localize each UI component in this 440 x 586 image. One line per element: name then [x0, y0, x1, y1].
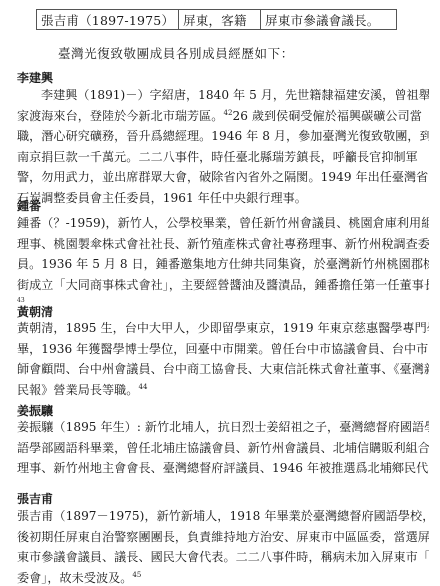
text-line: 警，勿用武力，並出席群眾大會，破除省內省外之隔閡。1949 年出任臺灣省: [17, 167, 429, 188]
text-line: 理事、桃園製傘株式會社社長、新竹殖產株式會社專務理事、新竹州稅調查委: [17, 234, 429, 255]
text-fragment: 26 歲到侯硐受僱於福興碳礦公司當: [232, 109, 421, 123]
text-fragment: 民報》營業局長等職。: [17, 383, 138, 397]
section-heading-zhong-fan: 鍾番: [17, 197, 41, 214]
text-line: 街成立「大同商事株式會社」，主要經營醬油及醬漬品，鍾番擔任第一任董事長。: [17, 275, 429, 296]
footnote-marker[interactable]: 45: [132, 571, 141, 579]
text-fragment: 委會」，故未受波及。: [17, 571, 132, 585]
text-line: 姜振驤（1895 年生）: 新竹北埔人，抗日烈士姜紹祖之子，臺灣總督府國語學校: [17, 417, 429, 438]
text-line: 李建興（1891)－）字紹唐，1840 年 5 月，先世籍隸福建安溪，曾祖舉: [17, 85, 429, 106]
member-origin-cell: 屏東，客籍: [179, 10, 261, 30]
section-body-jiang-zhenxiang: 姜振驤（1895 年生）: 新竹北埔人，抗日烈士姜紹祖之子，臺灣總督府國語學校 …: [17, 417, 429, 479]
section-body-zhang-jifu: 張吉甫（1897－1975)，新竹新埔人，1918 年畢業於臺灣總督府國語學校，…: [17, 506, 429, 586]
text-line: 委會」，故未受波及。45: [17, 568, 429, 586]
member-summary-table: 張吉甫（1897-1975） 屏東，客籍 屏東市參議會議長。: [36, 9, 397, 30]
member-name-cell: 張吉甫（1897-1975）: [37, 10, 179, 30]
table-row: 張吉甫（1897-1975） 屏東，客籍 屏東市參議會議長。: [37, 10, 397, 30]
text-line: 理事、新竹州地主會會長、臺灣總督府評議員、1946 年被推選爲北埔鄉民代表。: [17, 458, 429, 479]
text-line: 石炭調整委員會主任委員，1961 年任中央銀行理事。: [17, 188, 429, 209]
text-line: 師會顧問、台中州會議員、台中商工協會長、大東信託株式會社董事、《臺灣新: [17, 359, 429, 380]
text-line: 鍾番（？-1959)，新竹人，公學校畢業，曾任新竹州會議員、桃園倉庫利用組合: [17, 213, 429, 234]
section-body-zhong-fan: 鍾番（？-1959)，新竹人，公學校畢業，曾任新竹州會議員、桃園倉庫利用組合 理…: [17, 213, 429, 307]
text-fragment: 家渡海來台，登陸於今新北市瑞芳區。: [17, 109, 223, 123]
text-line: 家渡海來台，登陸於今新北市瑞芳區。4226 歲到侯硐受僱於福興碳礦公司當: [17, 106, 429, 127]
text-line: 後初期任屏東自治警察團團長，負責維持地方治安、屏東市中區區委，當選屏: [17, 527, 429, 548]
text-line: 畢，1936 年獲醫學博士學位，回臺中市開業。曾任台中市協議會員、台中市醫: [17, 339, 429, 360]
intro-paragraph: 臺灣光復致敬團成員各別成員經歷如下：: [58, 44, 294, 62]
text-line: 員。1936 年 5 月 8 日，鍾番邀集地方仕紳共同集資，於臺灣新竹州桃園郡桃…: [17, 254, 429, 275]
section-body-huang-chaoqing: 黃朝清，1895 生，台中大甲人，少即留學東京，1919 年東京慈惠醫學專門學校…: [17, 318, 429, 400]
document-page: 張吉甫（1897-1975） 屏東，客籍 屏東市參議會議長。 臺灣光復致敬團成員…: [0, 0, 440, 586]
footnote-marker[interactable]: 44: [138, 383, 147, 391]
member-position-cell: 屏東市參議會議長。: [261, 10, 397, 30]
text-line: 東市參議會議員、議長、國民大會代表。二二八事件時，稱病未加入屏東市「處: [17, 547, 429, 568]
text-line: 張吉甫（1897－1975)，新竹新埔人，1918 年畢業於臺灣總督府國語學校，…: [17, 506, 429, 527]
section-body-li-jianxing: 李建興（1891)－）字紹唐，1840 年 5 月，先世籍隸福建安溪，曾祖舉 家…: [17, 85, 429, 209]
section-heading-li-jianxing: 李建興: [17, 69, 53, 86]
text-line: 南京捐巨款一千萬元。二二八事件，時任臺北縣瑞芳鎮長，呼籲長官抑制軍: [17, 147, 429, 168]
text-line: 職，潛心研究礦務，晉升爲總經理。1946 年 8 月，參加臺灣光復致敬團，到: [17, 126, 429, 147]
section-heading-zhang-jifu: 張吉甫: [17, 490, 53, 507]
text-line: 民報》營業局長等職。44: [17, 380, 429, 401]
footnote-marker[interactable]: 43: [17, 295, 429, 307]
text-line: 語學部國語科畢業，曾任北埔庄協議會員、新竹州會議員、北埔信購販利組合: [17, 438, 429, 459]
text-line: 黃朝清，1895 生，台中大甲人，少即留學東京，1919 年東京慈惠醫學專門學校: [17, 318, 429, 339]
